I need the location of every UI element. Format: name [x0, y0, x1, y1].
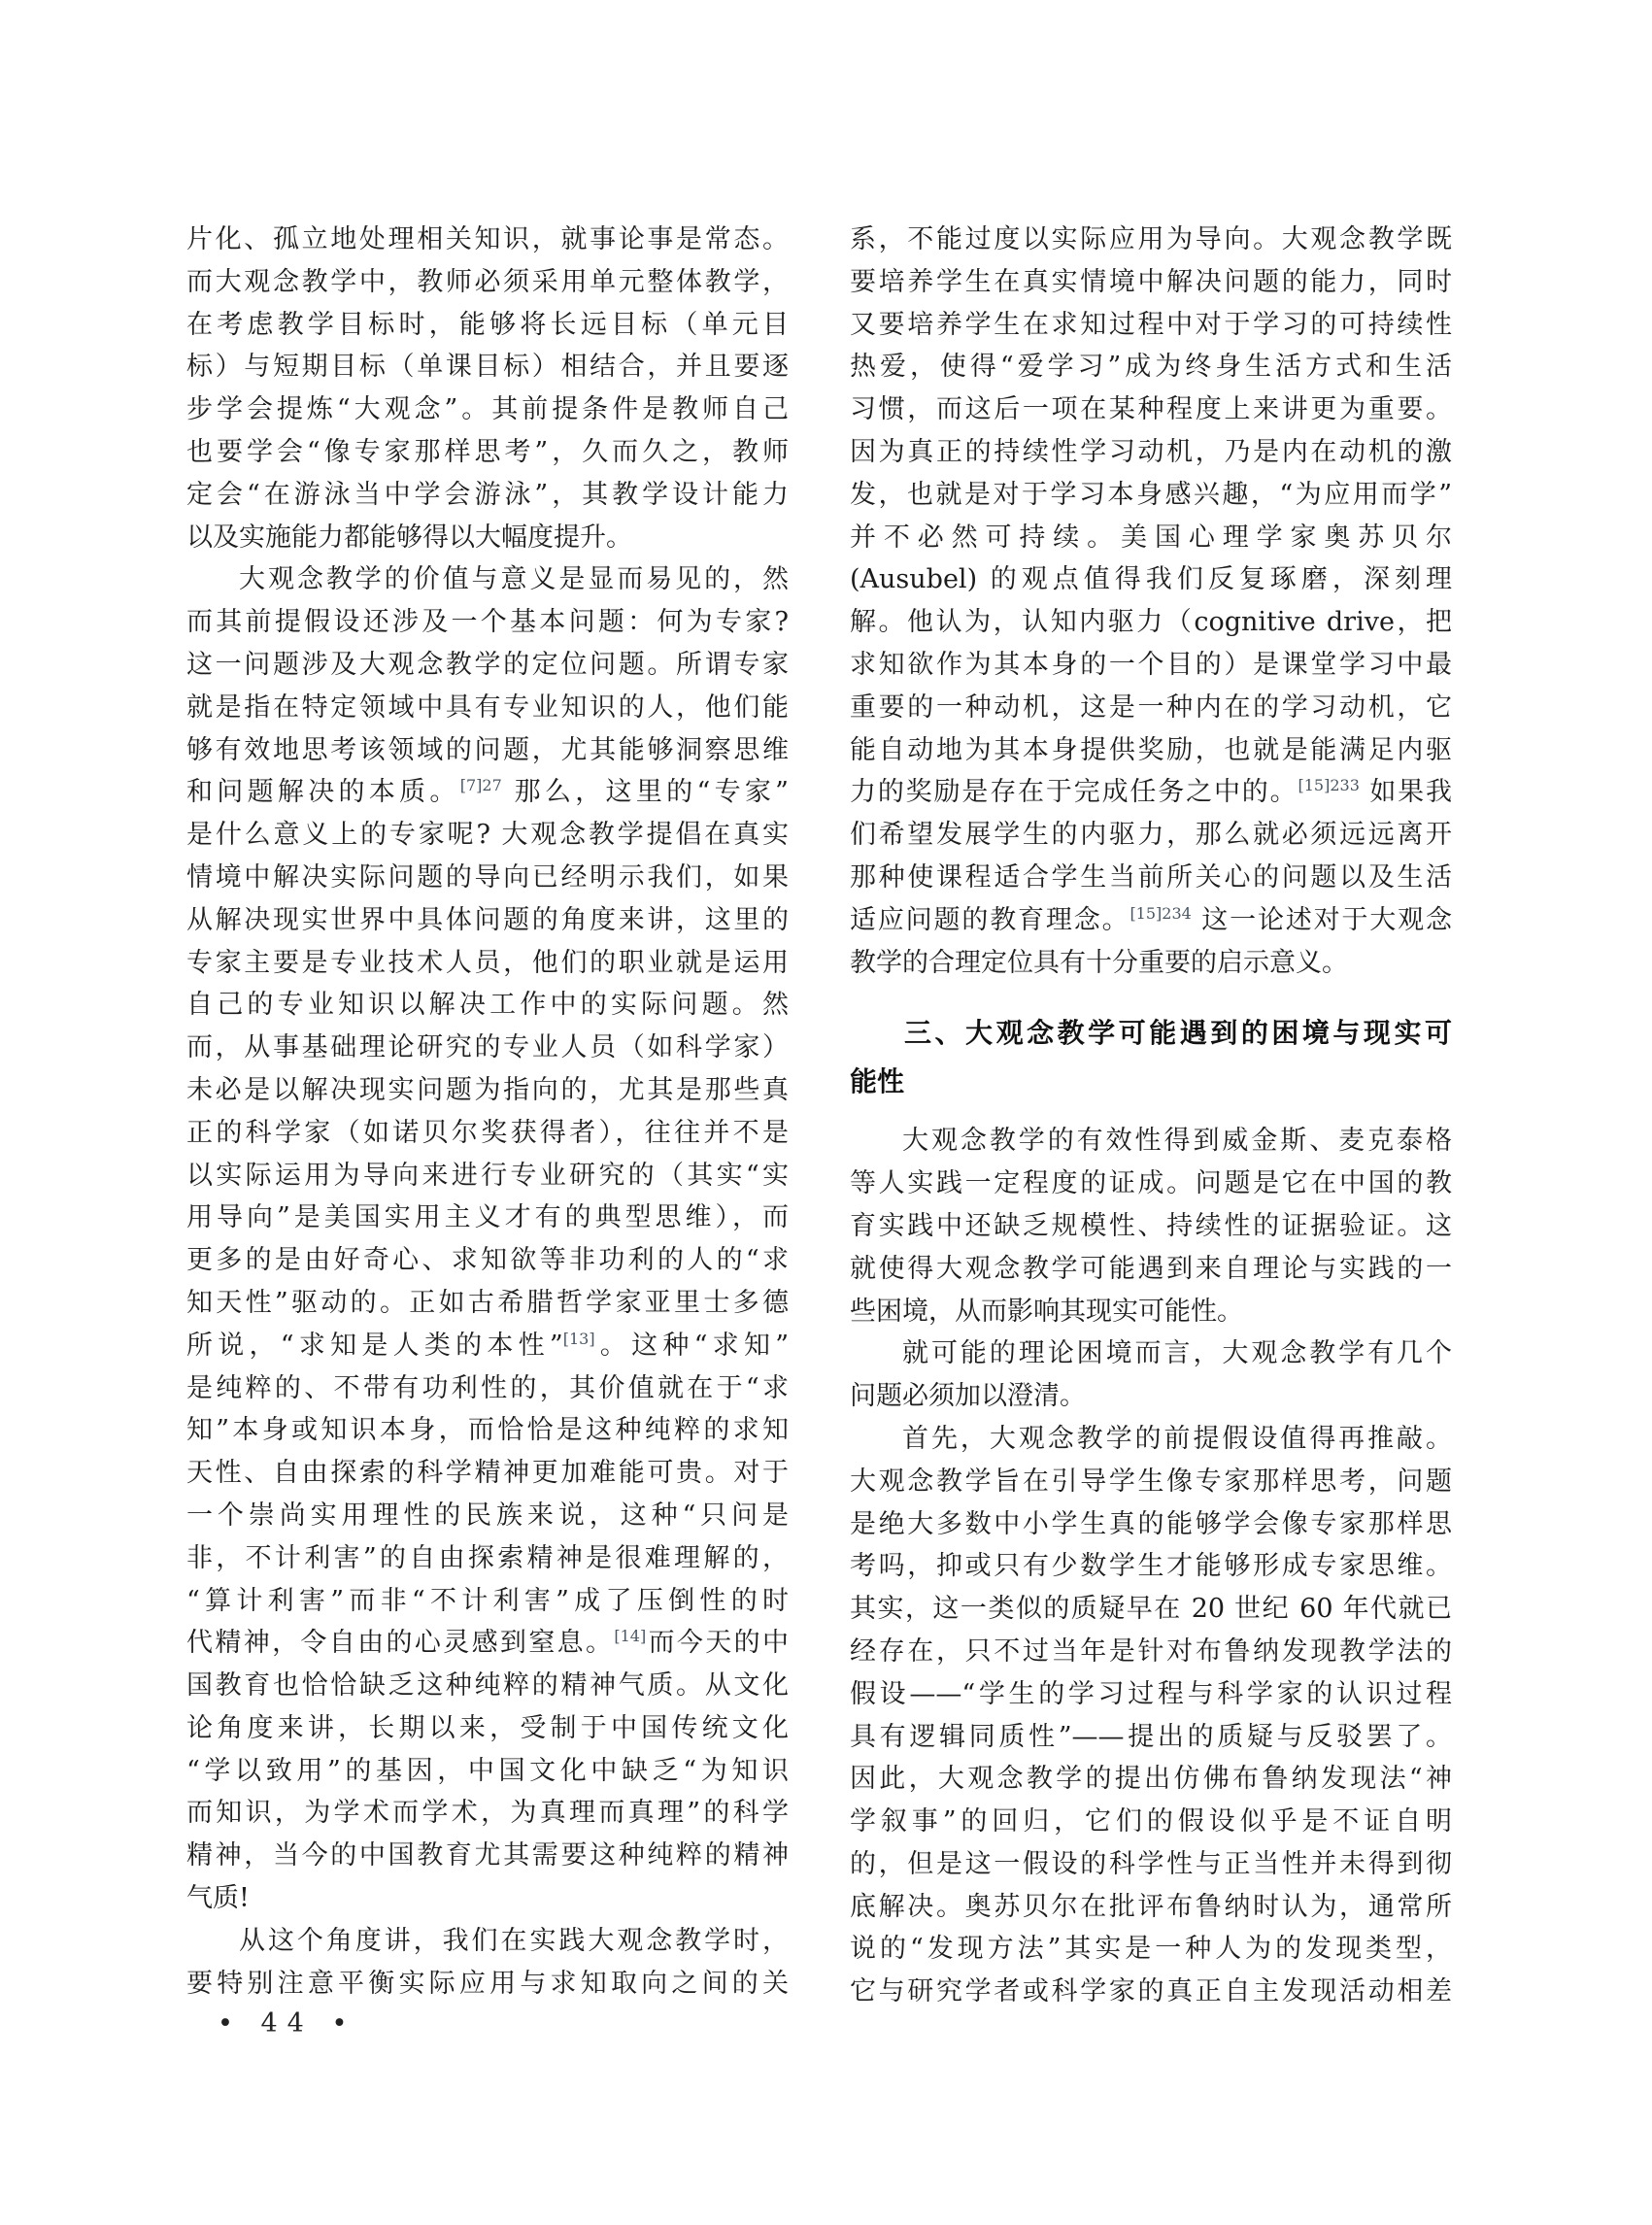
- text-line: 大观念教学旨在引导学生像专家那样思考，问题: [850, 1461, 1452, 1503]
- text-line: 因为真正的持续性学习动机，乃是内在动机的激: [850, 431, 1452, 474]
- section-heading-line: 能性: [850, 1058, 1452, 1106]
- text-line: 经存在，只不过当年是针对布鲁纳发现教学法的: [850, 1631, 1452, 1673]
- citation-superscript: [15]233: [1298, 776, 1360, 794]
- citation-superscript: [15]234: [1129, 904, 1191, 923]
- text-line: 这一问题涉及大观念教学的定位问题。所谓专家: [186, 644, 789, 687]
- text-line: 育实践中还缺乏规模性、持续性的证据验证。这: [850, 1205, 1452, 1248]
- text-line: 天性、自由探索的科学精神更加难能可贵。对于: [186, 1452, 789, 1495]
- text-line: 力的奖励是存在于完成任务之中的。[15]233 如果我: [850, 771, 1452, 814]
- text-line: 定会“在游泳当中学会游泳”，其教学设计能力: [186, 474, 789, 517]
- text-line: (Ausubel) 的观点值得我们反复琢磨，深刻理: [850, 558, 1452, 601]
- text-line: 所说，“求知是人类的本性”[13]。这种“求知”: [186, 1325, 789, 1367]
- text-line: 也要学会“像专家那样思考”，久而久之，教师: [186, 431, 789, 474]
- text-line: 考吗，抑或只有少数学生才能够形成专家思维。: [850, 1545, 1452, 1588]
- text-line: 求知欲作为其本身的一个目的）是课堂学习中最: [850, 644, 1452, 687]
- text-line: 等人实践一定程度的证成。问题是它在中国的教: [850, 1163, 1452, 1205]
- text-line: 要培养学生在真实情境中解决问题的能力，同时: [850, 261, 1452, 304]
- text-line: 发，也就是对于学习本身感兴趣，“为应用而学”: [850, 474, 1452, 517]
- text-line: 一个崇尚实用理性的民族来说，这种“只问是: [186, 1495, 789, 1537]
- text-column-left: 片化、孤立地处理相关知识，就事论事是常态。而大观念教学中，教师必须采用单元整体教…: [186, 219, 789, 2005]
- text-line: 能自动地为其本身提供奖励，也就是能满足内驱: [850, 729, 1452, 772]
- text-line: 片化、孤立地处理相关知识，就事论事是常态。: [186, 219, 789, 261]
- text-line: 又要培养学生在求知过程中对于学习的可持续性: [850, 304, 1452, 347]
- text-line: 专家主要是专业技术人员，他们的职业就是运用: [186, 942, 789, 985]
- text-line: 假设——“学生的学习过程与科学家的认识过程: [850, 1673, 1452, 1716]
- text-line: 们希望发展学生的内驱力，那么就必须远远离开: [850, 814, 1452, 857]
- text-line: 说的“发现方法”其实是一种人为的发现类型，: [850, 1928, 1452, 1971]
- text-line: 从解决现实世界中具体问题的角度来讲，这里的: [186, 899, 789, 942]
- text-line: 而，从事基础理论研究的专业人员（如科学家）: [186, 1027, 789, 1069]
- page-number: • 44 •: [218, 2006, 356, 2041]
- text-line: 首先，大观念教学的前提假设值得再推敲。: [850, 1418, 1452, 1461]
- text-line: 是什么意义上的专家呢? 大观念教学提倡在真实: [186, 814, 789, 857]
- text-line: 以实际运用为导向来进行专业研究的（其实“实: [186, 1155, 789, 1197]
- text-line: 些困境，从而影响其现实可能性。: [850, 1291, 1452, 1333]
- text-line: 步学会提炼“大观念”。其前提条件是教师自己: [186, 388, 789, 431]
- text-line: 和问题解决的本质。[7]27 那么，这里的“专家”: [186, 771, 789, 814]
- text-line: 情境中解决实际问题的导向已经明示我们，如果: [186, 857, 789, 899]
- text-line: “学以致用”的基因，中国文化中缺乏“为知识: [186, 1750, 789, 1793]
- text-line: 热爱，使得“爱学习”成为终身生活方式和生活: [850, 346, 1452, 388]
- text-line: 解。他认为，认知内驱力（cognitive drive，把: [850, 601, 1452, 644]
- text-line: 知天性”驱动的。正如古希腊哲学家亚里士多德: [186, 1282, 789, 1325]
- text-line: 要特别注意平衡实际应用与求知取向之间的关: [186, 1963, 789, 2006]
- text-line: 其实，这一类似的质疑早在 20 世纪 60 年代就已: [850, 1588, 1452, 1631]
- text-line: 够有效地思考该领域的问题，尤其能够洞察思维: [186, 729, 789, 772]
- citation-superscript: [13]: [563, 1330, 595, 1348]
- text-line: 论角度来讲，长期以来，受制于中国传统文化: [186, 1707, 789, 1750]
- text-line: 系，不能过度以实际应用为导向。大观念教学既: [850, 219, 1452, 261]
- text-line: 知”本身或知识本身，而恰恰是这种纯粹的求知: [186, 1409, 789, 1452]
- text-line: 它与研究学者或科学家的真正自主发现活动相差: [850, 1971, 1452, 2013]
- text-line: 在考虑教学目标时，能够将长远目标（单元目: [186, 304, 789, 347]
- text-line: 大观念教学的有效性得到威金斯、麦克泰格: [850, 1120, 1452, 1163]
- text-line: 的，但是这一假设的科学性与正当性并未得到彻: [850, 1843, 1452, 1886]
- text-line: 并不必然可持续。美国心理学家奥苏贝尔: [850, 517, 1452, 559]
- section-heading-line: 三、大观念教学可能遇到的困境与现实可: [850, 1009, 1452, 1058]
- text-line: 以及实施能力都能够得以大幅度提升。: [186, 517, 789, 559]
- text-line: “算计利害”而非“不计利害”成了压倒性的时: [186, 1580, 789, 1623]
- text-line: 国教育也恰恰缺乏这种纯粹的精神气质。从文化: [186, 1665, 789, 1707]
- text-line: 代精神，令自由的心灵感到窒息。[14]而今天的中: [186, 1622, 789, 1665]
- text-line: 具有逻辑同质性”——提出的质疑与反驳罢了。: [850, 1716, 1452, 1759]
- text-line: 标）与短期目标（单课目标）相结合，并且要逐: [186, 346, 789, 388]
- text-line: 是绝大多数中小学生真的能够学会像专家那样思: [850, 1503, 1452, 1546]
- text-line: 而大观念教学中，教师必须采用单元整体教学，: [186, 261, 789, 304]
- text-line: 问题必须加以澄清。: [850, 1375, 1452, 1418]
- text-line: 就使得大观念教学可能遇到来自理论与实践的一: [850, 1248, 1452, 1291]
- text-line: 更多的是由好奇心、求知欲等非功利的人的“求: [186, 1239, 789, 1282]
- text-line: 而其前提假设还涉及一个基本问题：何为专家?: [186, 601, 789, 644]
- text-line: 教学的合理定位具有十分重要的启示意义。: [850, 942, 1452, 985]
- text-line: 习惯，而这后一项在某种程度上来讲更为重要。: [850, 388, 1452, 431]
- text-line: 重要的一种动机，这是一种内在的学习动机，它: [850, 687, 1452, 729]
- text-line: 大观念教学的价值与意义是显而易见的，然: [186, 558, 789, 601]
- text-line: 气质!: [186, 1877, 789, 1920]
- text-line: 自己的专业知识以解决工作中的实际问题。然: [186, 984, 789, 1027]
- text-line: 正的科学家（如诺贝尔奖获得者），往往并不是: [186, 1112, 789, 1155]
- text-line: 底解决。奥苏贝尔在批评布鲁纳时认为，通常所: [850, 1886, 1452, 1929]
- text-line: 精神，当今的中国教育尤其需要这种纯粹的精神: [186, 1835, 789, 1877]
- text-line: 未必是以解决现实问题为指向的，尤其是那些真: [186, 1069, 789, 1112]
- text-line: 从这个角度讲，我们在实践大观念教学时，: [186, 1920, 789, 1963]
- text-column-right: 系，不能过度以实际应用为导向。大观念教学既要培养学生在真实情境中解决问题的能力，…: [850, 219, 1452, 2013]
- text-line: 那种使课程适合学生当前所关心的问题以及生活: [850, 857, 1452, 899]
- text-line: 因此，大观念教学的提出仿佛布鲁纳发现法“神: [850, 1758, 1452, 1801]
- text-line: 就可能的理论困境而言，大观念教学有几个: [850, 1332, 1452, 1375]
- text-line: 用导向”是美国实用主义才有的典型思维），而: [186, 1197, 789, 1239]
- text-line: 而知识，为学术而学术，为真理而真理”的科学: [186, 1792, 789, 1835]
- text-line: 就是指在特定领域中具有专业知识的人，他们能: [186, 687, 789, 729]
- document-page: 片化、孤立地处理相关知识，就事论事是常态。而大观念教学中，教师必须采用单元整体教…: [0, 0, 1652, 2225]
- text-line: 是纯粹的、不带有功利性的，其价值就在于“求: [186, 1367, 789, 1410]
- text-line: 非，不计利害”的自由探索精神是很难理解的，: [186, 1537, 789, 1580]
- citation-superscript: [7]27: [460, 776, 502, 794]
- citation-superscript: [14]: [614, 1627, 646, 1645]
- text-line: 学叙事”的回归，它们的假设似乎是不证自明: [850, 1801, 1452, 1843]
- text-line: 适应问题的教育理念。[15]234 这一论述对于大观念: [850, 899, 1452, 942]
